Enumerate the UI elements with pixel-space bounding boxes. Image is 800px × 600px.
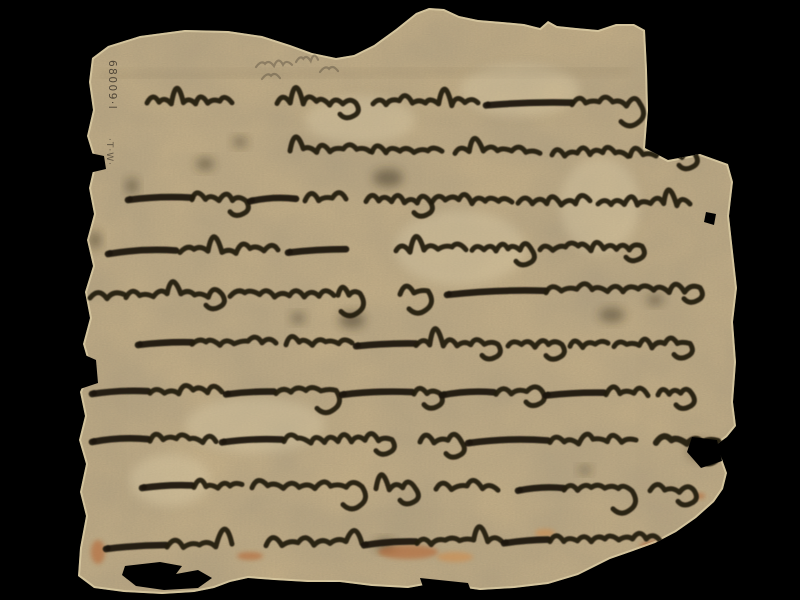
ink-smudge — [647, 295, 663, 305]
rust-stain — [437, 552, 473, 562]
dash-start-blob — [503, 539, 509, 545]
dash-start-blob — [441, 391, 447, 397]
dash-start-blob — [545, 392, 551, 398]
filler-dash-stroke — [222, 439, 282, 442]
ink-smudge — [579, 466, 591, 474]
dash-start-blob — [341, 391, 347, 397]
inventory-number: 68009·l — [106, 60, 118, 110]
paper-light-patch — [185, 397, 325, 453]
filler-dash-stroke — [138, 342, 192, 345]
dash-start-blob — [137, 341, 143, 347]
filler-dash-stroke — [142, 485, 192, 488]
dash-start-blob — [287, 249, 293, 255]
rust-stain — [91, 540, 105, 564]
dash-start-blob — [249, 197, 255, 203]
ink-smudge — [233, 137, 247, 147]
filler-dash-stroke — [288, 249, 346, 253]
filler-dash-stroke — [226, 392, 274, 395]
filler-dash-stroke — [504, 540, 548, 544]
dash-start-blob — [105, 545, 111, 551]
manuscript-photo: 68009·l·T·W· — [0, 0, 800, 600]
filler-dash-stroke — [486, 102, 572, 105]
dash-start-blob — [225, 390, 231, 396]
ink-smudge — [89, 231, 101, 249]
filler-dash-stroke — [92, 391, 148, 394]
dash-start-blob — [141, 484, 147, 490]
filler-dash-stroke — [356, 343, 416, 346]
filler-dash-stroke — [364, 541, 416, 545]
dash-start-blob — [355, 342, 361, 348]
filler-dash-stroke — [250, 198, 296, 201]
filler-dash-stroke — [442, 392, 494, 396]
dash-start-blob — [363, 541, 369, 547]
dash-start-blob — [107, 250, 113, 256]
filler-dash-stroke — [342, 392, 412, 395]
rust-stain — [378, 545, 438, 559]
inventory-siglum: ·T·W· — [104, 138, 114, 166]
dash-start-blob — [485, 101, 491, 107]
filler-dash-stroke — [468, 439, 548, 443]
dash-start-blob — [517, 487, 523, 493]
dash-start-blob — [91, 390, 97, 396]
manuscript-figure: 68009·l·T·W· — [0, 0, 800, 600]
dash-start-blob — [446, 291, 452, 297]
dash-start-blob — [467, 439, 473, 445]
filler-dash-stroke — [92, 438, 148, 442]
manuscript-svg: 68009·l·T·W· — [0, 0, 800, 600]
paper-light-patch — [305, 96, 415, 144]
filler-dash-stroke — [106, 545, 166, 549]
dash-start-blob — [221, 438, 227, 444]
ink-smudge — [196, 158, 214, 170]
dash-start-blob — [127, 196, 133, 202]
ink-smudge — [126, 178, 138, 194]
dash-start-blob — [91, 438, 97, 444]
filler-dash-stroke — [546, 393, 604, 396]
rust-stain — [237, 552, 263, 560]
filler-dash-stroke — [518, 487, 564, 490]
filler-dash-stroke — [128, 197, 192, 200]
